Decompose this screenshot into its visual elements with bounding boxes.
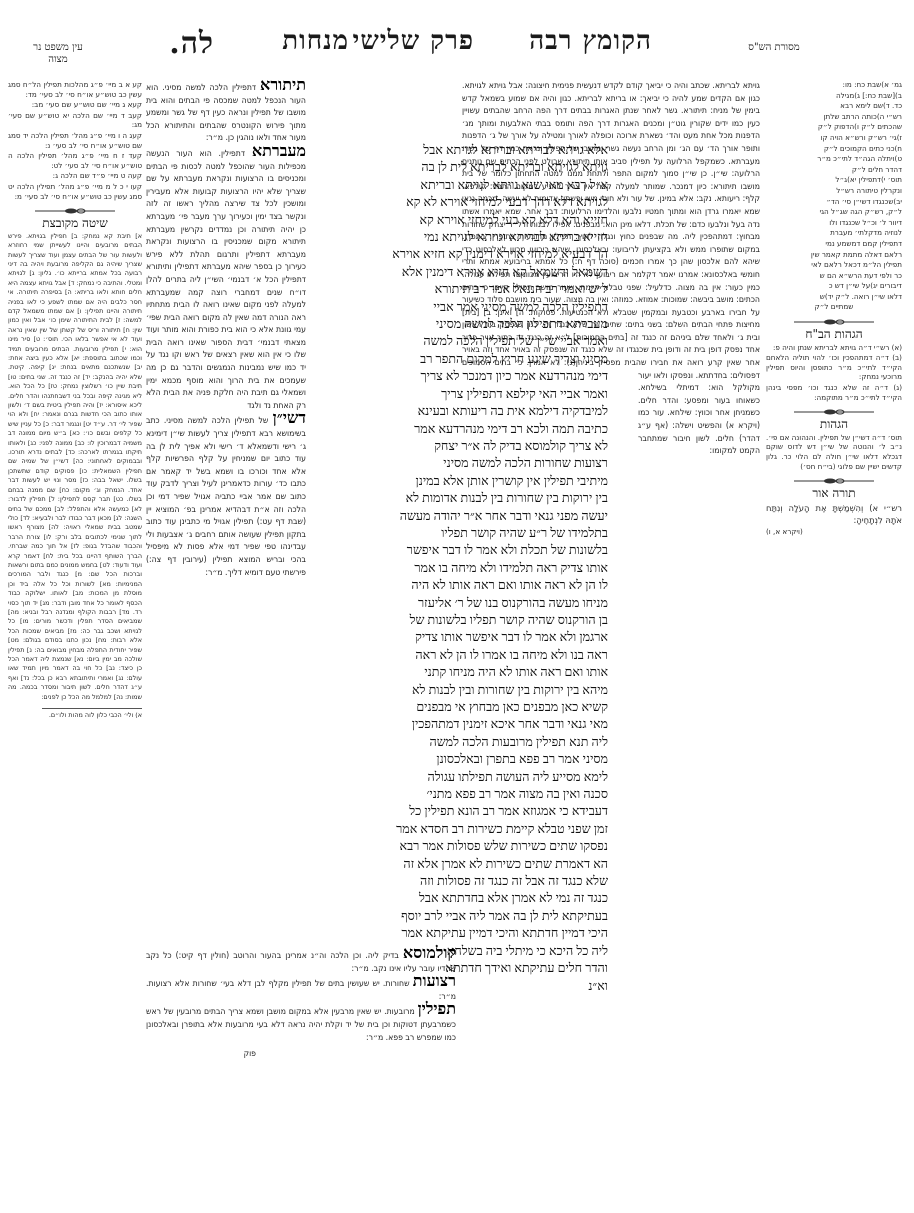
tractate-title: הקומץ רבה [529, 26, 652, 56]
gemara-line: חזייא בריתא לבריתא וגויתא לגויתא נמי [310, 229, 608, 246]
masoret-line: ז)גי׳ רש״ק ורש״א הויה קו [766, 133, 902, 143]
gemara-line: לגויתא דלא דהך דבעי למיחזי אוירא לא קא [310, 194, 608, 211]
tosafot-dibbur: קולמוסא [403, 945, 456, 962]
torah-or-source: (ויקרא א, ו) [766, 527, 902, 537]
ein-mishpat-item: קעה ט מיי׳ פ״ד שם הלכה ג: [8, 171, 142, 181]
right-margin: גמ׳ א)שבת כח: מו: ב)[שבת כח:] ג)מגילה כד… [766, 80, 902, 537]
tosafot-dibbur: תיתורא [260, 80, 306, 94]
tosafot-block: קולמוסא בדיק ליה. וכן הלכה וה״נ אמרינן ב… [146, 948, 456, 975]
ornament-divider-icon [794, 318, 874, 326]
shita-mekubetzet-title: שיטה מקובצת [8, 219, 142, 229]
masoret-line: ל״ק, רש״ק הגה שג״ל הגי [766, 207, 902, 217]
gemara-line: היכי דמיין חדתתא והיכי דמיין עתיקתא אמר [310, 925, 608, 942]
tosafot-dibbur: רצועות [413, 973, 456, 990]
masoret-line: ח)כני כתים הקמוכים ל״ק [766, 144, 902, 154]
gemara-line: מאי גנאי ודבר אחר איכא זימנין דמתהפכין [310, 716, 608, 733]
gemara-line: ל״ש ואמר רב חננאל אמר רב תיתורא [310, 281, 608, 298]
masoret-line: רלאם דאלה מתמת קאמר שין [766, 250, 902, 260]
gemara-line: ראה בנו ולא מיחה בו אמרו לו הן לא ראה [310, 647, 608, 664]
tosafot-block: מעברתא דתפילין. הוא העור הנעשה מכפילות ה… [146, 146, 306, 412]
masoret-line: תפילין הל״מ דכאל רלאם לאי [766, 260, 902, 270]
masoret-line: דהדר חלים ל״ק [766, 165, 902, 175]
ornament-divider-icon [794, 477, 874, 485]
gemara-line: מיתיבי תפילין אין קושרין אותן אלא במינן [310, 473, 608, 490]
masoret-line: שמתיים ל״ק [766, 302, 902, 312]
masoret-line: דתפילין קמם דמשמע נמי [766, 239, 902, 249]
ein-mishpat-item: קעו י כ ל מ מיי׳ פ״ג מהל׳ תפילין הלכה יט… [8, 182, 142, 201]
gemara-line: ליה תנא תפילין מרובעות הלכה למשה [310, 734, 608, 751]
masoret-line: תוס׳ י)דתפילין יא)ג״ל [766, 175, 902, 185]
gemara-line: אותו ואם ראה אותו לא היה מניחו קתני [310, 664, 608, 681]
gemara-line: זמן שפני טבלא קיימת כשירות רב חסדא אמר [310, 821, 608, 838]
torah-or-title: תורה אור [766, 489, 902, 499]
gemara-line: דימי מנהרדעא אמר כיון דמנכר לא צריך [310, 368, 608, 385]
ein-mishpat-item: קעב ד מיי׳ שם הלכה יא טוש״ע שם סעי׳ מג: [8, 111, 142, 130]
hagahot-title: הגהות [766, 420, 902, 430]
left-margin: קע א ב מיי׳ פ״ג מהלכות תפילין הל״ח סמג ע… [8, 80, 142, 722]
tosafot-block: דשי״ן של תפילין הלכה למשה מסיני. כתב בשי… [146, 413, 306, 579]
ein-mishpat: קע א ב מיי׳ פ״ג מהלכות תפילין הל״ח סמג ע… [8, 80, 142, 201]
gemara-line: בן הורקנוס שהיה קושר תפליו בלשונות של [310, 612, 608, 629]
tosafot-block: רצועות שחורות. יש שעושין בתים של תפילין … [146, 976, 456, 1003]
gemara-line: יעשה מפני גנאי ודבר אחר א״ר יהודה מעשה [310, 508, 608, 525]
masoret-label: מסורת הש"ס [744, 42, 804, 54]
gemara-line: ארגמן ולא אמר לו דבר איפשר אותו צדיק [310, 629, 608, 646]
masoret-line: ב)[שבת כח:] ג)מגילה [766, 91, 902, 101]
gemara-line: לימא מסייע ליה העושה תפילתו עגולה [310, 769, 608, 786]
ein-mishpat-item: קע א ב מיי׳ פ״ג מהלכות תפילין הל״ח סמג ע… [8, 80, 142, 99]
ein-mishpat-item: קעא ג מיי׳ שם טוש״ע שם סעי׳ מב: [8, 100, 142, 110]
catchword: פוק [146, 1048, 456, 1061]
gemara-line: רצועות שחורות הלכה למשה מסיני [310, 455, 608, 472]
gemara-line: קשיא כאן מבפנים כאן מבחוץ אי מבפנים [310, 699, 608, 716]
gemara-line: ואמר אביי האי קילפא דתפילין צריך [310, 386, 608, 403]
gemara-line: ואמר אביי שי״ן של תפילין הלכה למשה [310, 333, 608, 350]
tosafot-dibbur: דשי״ן [273, 410, 306, 427]
gemara-line: לא צריך קולמוסא בדיק לה א״ר יצחק [310, 438, 608, 455]
masoret-line: שהכתים ל״ק ו)הדפוק ל״ק [766, 122, 902, 132]
gemara-line: מניחו מעשה בהורקנוס בנו של ר׳ אליעזר [310, 595, 608, 612]
gemara-line: דשמאל ודשמאל קא חזיא אוירא דימנין אלא [310, 264, 608, 281]
tosafot-text: של תפילין הלכה למשה מסיני. כתב בשימושא ר… [146, 416, 306, 577]
torah-or-verse: רש״י א) וְהִשְׁמַשְׁתָּ אֶת הָעֹלָה וְנִ… [766, 502, 902, 526]
gemara-line: כתיבה תמה ולכא רב דימי מנהרדעא אמר [310, 421, 608, 438]
tosafot-text: שחורות. יש שעושין בתים של תפילין מקלף לב… [146, 979, 456, 1002]
tosafot-bottom: קולמוסא בדיק ליה. וכן הלכה וה״נ אמרינן ב… [146, 948, 456, 1061]
masoret-line: רש״י ה)כותה הרתב שלתן [766, 112, 902, 122]
talmud-page: מסורת הש"ס הקומץ רבה פרק שלישי מנחות לה.… [0, 0, 914, 1213]
masoret-line: ט)ויתלה הגה״ד לתי״כ מ״ר [766, 154, 902, 164]
shita-mekubetzet-text: א] תיבת קא נמחק: ב] תפילין בגויתא. פירש … [8, 232, 142, 702]
habach-item: (ב) ד״ה דמתהפכין וכו׳ להוי תוליה הלאחם ה… [766, 353, 902, 382]
masoret-line: ונקרלין טיתורה רש״ל [766, 186, 902, 196]
ornament-divider-icon [35, 207, 115, 215]
tosafot-dibbur: מעברתא [252, 143, 306, 160]
tosafot-text: מרובעות. יש שאין מרבעין אלא במקום מושבן … [146, 1007, 456, 1042]
gemara-line: כנגד זה נמי לא אמרן אלא בחדתתא אבל [310, 890, 608, 907]
tosafot-block: תיתורא דתפילין הלכה למשה מסיני. הוא העור… [146, 80, 306, 145]
ein-mishpat-item: קעד ז ח מיי׳ פ״ג מהל׳ תפילין הלכה ה טוש״… [8, 151, 142, 170]
habach-item: (א) רש״י ד״ה גויתא לבריתא שנתן והיה פ: [766, 343, 902, 353]
masoret-line: דלאו שי״ן רואה. ל״ק יד)ש [766, 292, 902, 302]
ein-mishpat-label: עין משפט נר מצוה [30, 42, 86, 66]
gemara-line: לו הן לא ראה אותו ואם ראה אותו לא היה [310, 577, 608, 594]
gemara-line: נפסקו שתים כשירות שלש פסולות אמר רבא [310, 838, 608, 855]
gemara-line: בתלמידו של ר״ע שהיה קושר תפליו [310, 525, 608, 542]
gemara-line: מיהא בין ירוקות בין שחורות ובין לבנות לא [310, 682, 608, 699]
gemara-line: אלא גויתא לבריתא ובריתא לגויתא אבל [310, 142, 608, 159]
hagahot-text: תוס׳ ד״ה דשי״ן של תפילין. והנהונה אם פי׳… [766, 433, 902, 471]
gemara-line: בין ירוקות בין שחורות בין לבנות אדומות ל… [310, 490, 608, 507]
masoret-line: דיבורים יג)על שי״ן דש כ [766, 281, 902, 291]
folio-number: לה. [169, 26, 214, 61]
masoret-line: כר ולפי דעת הרש״א הם ש [766, 271, 902, 281]
gemara-line: סכנה ואין בה מצוה אמר רב פפא מתני׳ [310, 786, 608, 803]
masoret-line: יב)שכנגדו דשי״ן סי׳ הד״ [766, 197, 902, 207]
habach-item: (ג) ד״ה זה שלא כנגד וכו׳ מפסי בינהן הקי״… [766, 383, 902, 402]
masoret-hashas: גמ׳ א)שבת כח: מו: ב)[שבת כח:] ג)מגילה כד… [766, 80, 902, 312]
tosafot-dibbur: תפילין [418, 1001, 456, 1018]
gemara-line: הא דאמרת שתים כשירות לא אמרן אלא זה [310, 856, 608, 873]
footnote-rule [42, 708, 142, 709]
gemara-line: חזייא והא דלא קא בעי למיחזי אוירא קא [310, 212, 608, 229]
gemara-line: דתפילין הלכה למשה מסיני אמר אביי [310, 299, 608, 316]
masoret-line: כד. ד)שם לימא רבא [766, 101, 902, 111]
tosafot-block: תפילין מרובעות. יש שאין מרבעין אלא במקום… [146, 1004, 456, 1044]
ornament-divider-icon [794, 408, 874, 416]
gemara-line: הך דבעיא למיחזי אוירא דימנין קא חזיא אוי… [310, 246, 608, 263]
hagahot-habach-title: הגהות הב"ח [766, 330, 902, 340]
gemara-line: בעתיקתא לית לן בה אמר ליה אביי לרב יוסף [310, 908, 608, 925]
gemara-line: למיבדקיה דילמא אית בה ריעותא ובעינא [310, 403, 608, 420]
gemara-line: מסיני וצריך שיגע חריץ למקום התפר רב [310, 351, 608, 368]
chapter-title: פרק שלישי [353, 26, 475, 56]
page-header: מסורת הש"ס הקומץ רבה פרק שלישי מנחות לה.… [0, 20, 914, 80]
ein-mishpat-item: קעג ה ו מיי׳ פ״ג מהל׳ תפילין הלכה יד סמג… [8, 131, 142, 150]
gemara-text: אלא גויתא לבריתא ובריתא לגויתא אבל גויתא… [310, 142, 608, 995]
gemara-line: אותו צדיק ראה תלמידו ולא מיחה בו אמר [310, 560, 608, 577]
masoret-line: גמ׳ א)שבת כח: מו: [766, 80, 902, 90]
gemara-line: בלשונות של תכלת ולא אמר לו דבר איפשר [310, 542, 608, 559]
shita-footnote: א) ולי׳ הכבי כלון לוה מהות ולו״ם. [8, 711, 142, 721]
tractate-name: מנחות [282, 26, 349, 56]
gemara-line: מסיני אמר רב פפא בתפרן ובאלכסונן [310, 751, 608, 768]
gemara-line: מעברתא דתפילין הלכה למשה מסיני [310, 316, 608, 333]
tosafot-text: דתפילין. הוא העור הנעשה מכפילות העור שהו… [146, 149, 306, 411]
masoret-line: דיוור ל׳ וכ״ל שכנגדו ולו [766, 218, 902, 228]
gemara-line: א״ל רבא מאי שנא גויתא לגויתא ובריתא [310, 177, 608, 194]
masoret-line: לנוזיה מדקלתי׳ מעברת [766, 228, 902, 238]
gemara-line: דעבידא כי אמגוזא אמר רב הונא תפילין כל [310, 803, 608, 820]
gemara-line: שלא כנגד זה אבל זה כנגד זה פסולות וזה [310, 873, 608, 890]
gemara-line: גויתא לגויתא ובריתא לבריתא לית לן בה [310, 159, 608, 176]
